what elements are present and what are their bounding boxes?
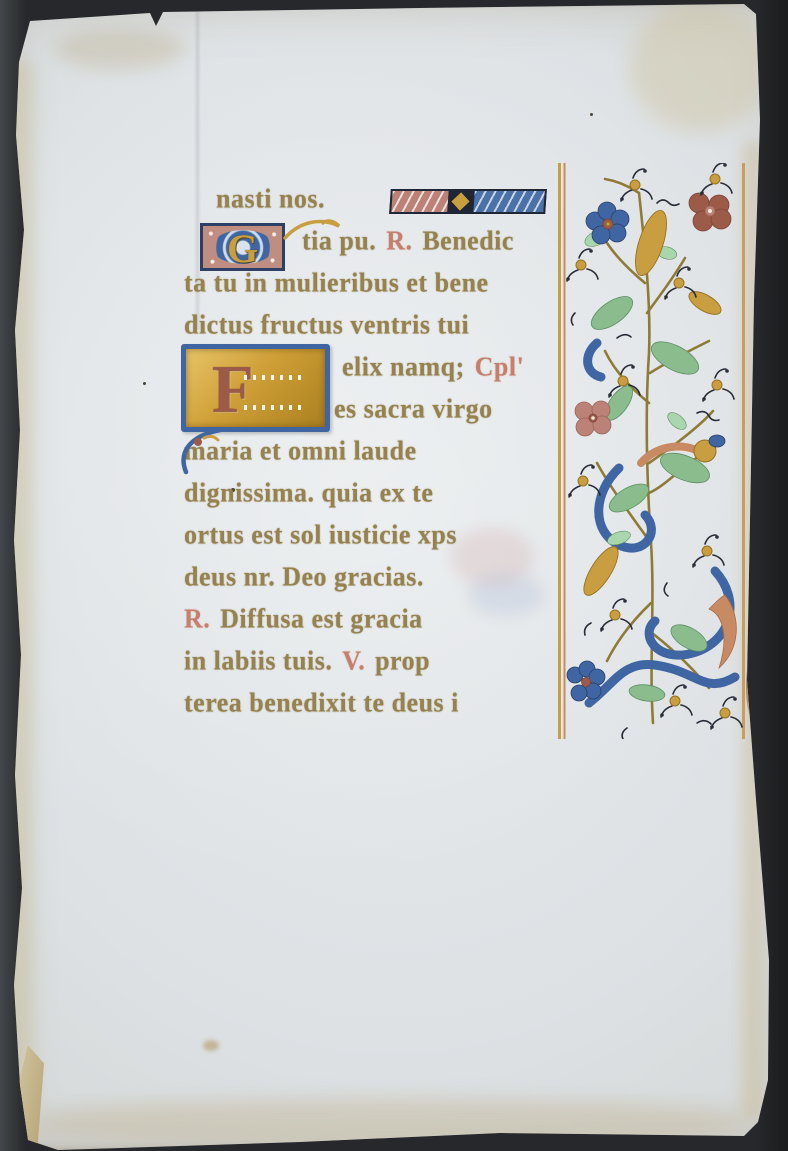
manuscript-line: dignissima. quia ex te — [184, 471, 562, 515]
illuminated-initial-f: F — [181, 344, 330, 432]
right-edge-curl — [746, 655, 772, 725]
latin-text-segment: prop — [375, 645, 430, 675]
latin-text-segment: Diffusa est gracia — [220, 603, 423, 633]
line-filler-bar — [389, 189, 547, 214]
stain-top-right-corner — [630, 2, 770, 132]
latin-text-segment: elix namq; — [342, 351, 465, 381]
stain-left-edge — [8, 60, 34, 1110]
floral-border-panel — [557, 163, 749, 739]
line-filler-gold-diamond — [447, 191, 474, 212]
latin-text-segment: terea benedixit te deus i — [184, 687, 459, 717]
border-ruling-gold — [558, 163, 561, 739]
latin-text-segment: in labiis tuis. — [184, 645, 332, 675]
rubric-segment: R. — [184, 603, 210, 633]
initial-f-letter: F — [212, 345, 254, 433]
stain-bottom-edge — [30, 1098, 750, 1146]
latin-text-segment: es sacra virgo — [334, 393, 493, 423]
manuscript-line: dictus fructus ventris tui — [184, 303, 562, 347]
vellum-leaf: nasti nos. tia pu.R.Benedic ta tu in mul… — [0, 0, 788, 1151]
line-filler-salmon-segment — [391, 191, 448, 212]
manuscript-line: ortus est sol iusticie xps — [184, 513, 562, 557]
border-ruling-right — [742, 163, 745, 739]
initial-f-white-dots — [244, 375, 302, 380]
manuscript-line: R.Diffusa est gracia — [184, 597, 562, 641]
latin-text-segment: Benedic — [422, 225, 514, 255]
latin-text-segment: ortus est sol iusticie xps — [184, 519, 457, 549]
ink-speck — [143, 382, 146, 385]
latin-text-segment: dignissima. quia ex te — [184, 477, 433, 507]
maroon-flower — [689, 193, 731, 231]
manuscript-line: in labiis tuis.V.prop — [184, 639, 562, 683]
border-ruling-red — [564, 163, 566, 739]
latin-text-segment: dictus fructus ventris tui — [184, 309, 469, 339]
bottom-left-edge-curl — [8, 1045, 44, 1147]
initial-g-gold-flourish — [283, 216, 345, 247]
stain-top-left — [55, 28, 185, 70]
latin-text-segment: deus nr. Deo gracias. — [184, 561, 424, 591]
initial-f-tail-flourish — [168, 428, 232, 481]
ink-speck — [590, 113, 593, 116]
line-filler-blue-segment — [473, 191, 544, 212]
rose-flower — [575, 401, 611, 436]
manuscript-photo: nasti nos. tia pu.R.Benedic ta tu in mul… — [0, 0, 788, 1151]
floral-border-art — [557, 163, 749, 739]
blue-flower — [586, 202, 629, 244]
stain-spot-lower-left — [203, 1040, 219, 1051]
rubric-segment: V. — [342, 645, 365, 675]
manuscript-line: deus nr. Deo gracias. — [184, 555, 562, 599]
illuminated-initial-g: G — [200, 223, 285, 271]
rubric-segment: R. — [386, 225, 412, 255]
manuscript-line: terea benedixit te deus i — [184, 681, 562, 725]
initial-g-letter: G — [203, 225, 282, 273]
gold-fruit — [694, 435, 725, 462]
blue-flower — [567, 661, 605, 701]
latin-text-segment: nasti nos. — [216, 183, 325, 213]
manuscript-line: maria et omni laude — [184, 429, 562, 473]
initial-f-white-dots — [244, 405, 302, 410]
rubric-segment: Cpl' — [475, 351, 525, 381]
